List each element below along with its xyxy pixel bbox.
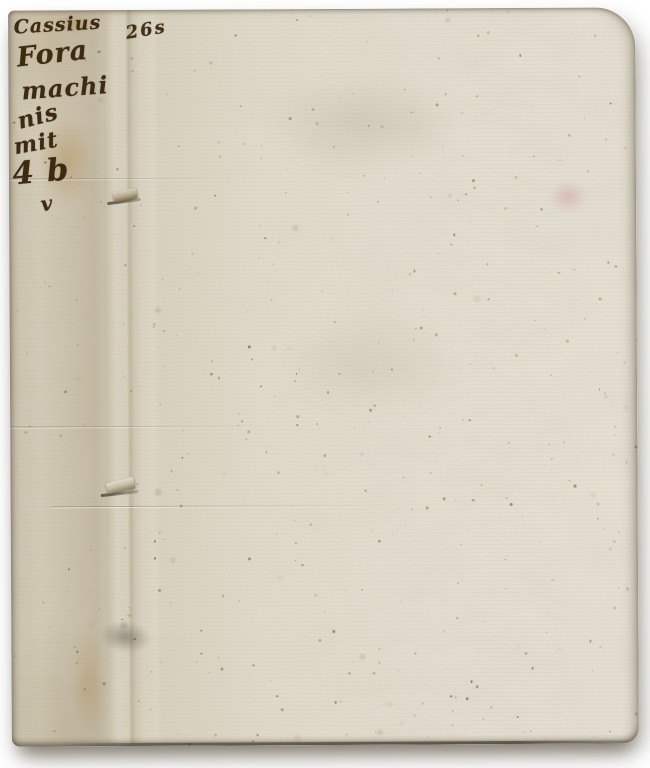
book: Cassius Fora machi nis mit 4 b v 26s [8,7,639,746]
foxing-speckles [8,7,639,746]
spine-inscription-line: v [39,191,55,217]
spine-inscription-line: 4 b [11,151,71,192]
photo-stage: Cassius Fora machi nis mit 4 b v 26s [0,0,650,768]
